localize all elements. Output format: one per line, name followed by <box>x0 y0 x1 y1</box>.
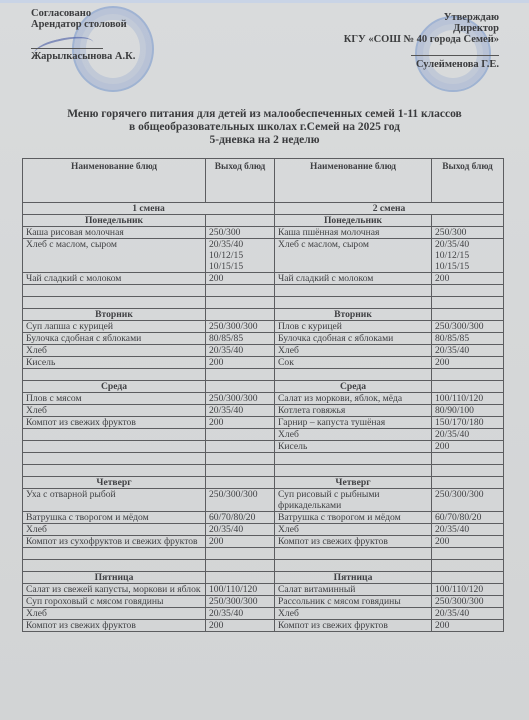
portion-shift-2: 80/90/100 <box>432 405 504 417</box>
dish-name-shift-1: Суп лапша с курицей <box>23 321 206 333</box>
table-row: Хлеб20/35/40Котлета говяжья80/90/100 <box>23 405 504 417</box>
header-dish-name-1: Наименование блюд <box>23 159 206 203</box>
table-row: Салат из свежей капусты, моркови и яблок… <box>23 584 504 596</box>
approval-left-name: Жарылкасынова А.К. <box>31 51 135 62</box>
portion-shift-1: 200 <box>206 620 275 632</box>
empty-cell <box>432 297 504 309</box>
empty-cell <box>23 369 206 381</box>
dish-name-shift-2: Хлеб <box>275 524 432 536</box>
dish-name-shift-1: Булочка сдобная с яблоками <box>23 333 206 345</box>
portion-shift-1: 20/35/40 <box>206 608 275 620</box>
empty-cell <box>206 560 275 572</box>
portion-shift-1: 250/300/300 <box>206 321 275 333</box>
dish-name-shift-1 <box>23 441 206 453</box>
empty-cell <box>206 297 275 309</box>
dish-name-shift-1: Салат из свежей капусты, моркови и яблок <box>23 584 206 596</box>
day-name-shift-2: Среда <box>275 381 432 393</box>
empty-cell <box>23 465 206 477</box>
empty-cell <box>206 381 275 393</box>
header-portion-1: Выход блюд <box>206 159 275 203</box>
dish-name-shift-1: Компот из свежих фруктов <box>23 620 206 632</box>
approval-block-left: Согласовано Арендатор столовой Жарылкасы… <box>31 8 135 62</box>
dish-name-shift-2: Салат витаминный <box>275 584 432 596</box>
table-row: Кисель200 <box>23 441 504 453</box>
approval-block-right: Утверждаю Директор КГУ «СОШ № 40 города … <box>344 12 499 70</box>
spacer-row <box>23 297 504 309</box>
dish-name-shift-1: Кисель <box>23 357 206 369</box>
empty-cell <box>275 560 432 572</box>
table-row: Суп лапша с курицей250/300/300Плов с кур… <box>23 321 504 333</box>
dish-name-shift-2: Булочка сдобная с яблоками <box>275 333 432 345</box>
portion-shift-2: 20/35/40 <box>432 345 504 357</box>
dish-name-shift-1: Каша рисовая молочная <box>23 227 206 239</box>
empty-cell <box>206 309 275 321</box>
portion-shift-1: 20/35/40 <box>206 524 275 536</box>
empty-cell <box>275 548 432 560</box>
dish-name-shift-2: Сок <box>275 357 432 369</box>
empty-cell <box>432 465 504 477</box>
day-name-shift-2: Вторник <box>275 309 432 321</box>
empty-cell <box>23 548 206 560</box>
portion-shift-1: 250/300/300 <box>206 489 275 512</box>
dish-name-shift-2: Каша пшённая молочная <box>275 227 432 239</box>
table-row: Хлеб20/35/40Хлеб20/35/40 <box>23 345 504 357</box>
day-name-shift-1: Среда <box>23 381 206 393</box>
shift-row: 1 смена 2 смена <box>23 203 504 215</box>
table-row: Хлеб20/35/40Хлеб20/35/40 <box>23 608 504 620</box>
top-edge <box>0 0 529 3</box>
portion-shift-1: 200 <box>206 536 275 548</box>
title-line-1: Меню горячего питания для детей из малоо… <box>0 108 529 121</box>
table-row: Компот из свежих фруктов200Гарнир – капу… <box>23 417 504 429</box>
table-row: Плов с мясом250/300/300Салат из моркови,… <box>23 393 504 405</box>
approval-left-label: Согласовано <box>31 8 135 19</box>
empty-cell <box>206 572 275 584</box>
portion-shift-2: 20/35/40 <box>432 524 504 536</box>
empty-cell <box>23 560 206 572</box>
empty-cell <box>206 453 275 465</box>
table-row: Хлеб20/35/40 <box>23 429 504 441</box>
dish-name-shift-2: Салат из моркови, яблок, мёда <box>275 393 432 405</box>
shift-1-label: 1 смена <box>23 203 275 215</box>
dish-name-shift-2: Компот из свежих фруктов <box>275 620 432 632</box>
table-row: Компот из сухофруктов и свежих фруктов20… <box>23 536 504 548</box>
empty-cell <box>275 453 432 465</box>
spacer-row <box>23 285 504 297</box>
dish-name-shift-2: Ватрушка с творогом и мёдом <box>275 512 432 524</box>
empty-cell <box>23 453 206 465</box>
document-title: Меню горячего питания для детей из малоо… <box>0 108 529 147</box>
table-row: Уха с отварной рыбой250/300/300Суп рисов… <box>23 489 504 512</box>
day-header-row: ЧетвергЧетверг <box>23 477 504 489</box>
dish-name-shift-1: Чай сладкий с молоком <box>23 273 206 285</box>
portion-shift-2: 200 <box>432 273 504 285</box>
dish-name-shift-1: Плов с мясом <box>23 393 206 405</box>
table-row: Кисель200Сок200 <box>23 357 504 369</box>
dish-name-shift-1 <box>23 429 206 441</box>
empty-cell <box>206 215 275 227</box>
header-dish-name-2: Наименование блюд <box>275 159 432 203</box>
day-name-shift-1: Пятница <box>23 572 206 584</box>
shift-2-label: 2 смена <box>275 203 504 215</box>
day-header-row: ВторникВторник <box>23 309 504 321</box>
dish-name-shift-2: Компот из свежих фруктов <box>275 536 432 548</box>
portion-shift-1: 20/35/40 <box>206 345 275 357</box>
empty-cell <box>23 297 206 309</box>
empty-cell <box>206 548 275 560</box>
empty-cell <box>432 477 504 489</box>
portion-shift-1: 250/300 <box>206 227 275 239</box>
portion-shift-1: 200 <box>206 417 275 429</box>
dish-name-shift-1: Хлеб с маслом, сыром <box>23 239 206 273</box>
empty-cell <box>206 285 275 297</box>
header-portion-2: Выход блюд <box>432 159 504 203</box>
portion-shift-2: 100/110/120 <box>432 584 504 596</box>
dish-name-shift-2: Хлеб <box>275 429 432 441</box>
portion-shift-2: 250/300 <box>432 227 504 239</box>
empty-cell <box>432 453 504 465</box>
portion-shift-2: 200 <box>432 620 504 632</box>
portion-shift-2: 150/170/180 <box>432 417 504 429</box>
empty-cell <box>432 215 504 227</box>
portion-shift-1: 100/110/120 <box>206 584 275 596</box>
table-row: Суп гороховый с мясом говядины250/300/30… <box>23 596 504 608</box>
menu-table: Наименование блюд Выход блюд Наименовани… <box>22 158 504 632</box>
portion-shift-2: 200 <box>432 536 504 548</box>
title-line-3: 5-дневка на 2 неделю <box>0 134 529 147</box>
table-row: Булочка сдобная с яблоками80/85/85Булочк… <box>23 333 504 345</box>
day-header-row: ПонедельникПонедельник <box>23 215 504 227</box>
portion-shift-2: 60/70/80/20 <box>432 512 504 524</box>
day-name-shift-2: Четверг <box>275 477 432 489</box>
empty-cell <box>206 477 275 489</box>
approval-right-label: Утверждаю <box>344 12 499 23</box>
spacer-row <box>23 369 504 381</box>
portion-shift-2: 250/300/300 <box>432 489 504 512</box>
empty-cell <box>432 309 504 321</box>
dish-name-shift-2: Гарнир – капуста тушёная <box>275 417 432 429</box>
dish-name-shift-1: Хлеб <box>23 524 206 536</box>
portion-shift-1 <box>206 441 275 453</box>
day-name-shift-1: Понедельник <box>23 215 206 227</box>
dish-name-shift-2: Хлеб <box>275 345 432 357</box>
day-header-row: ПятницаПятница <box>23 572 504 584</box>
empty-cell <box>432 285 504 297</box>
dish-name-shift-2: Суп рисовый с рыбными фрикадельками <box>275 489 432 512</box>
dish-name-shift-1: Хлеб <box>23 345 206 357</box>
spacer-row <box>23 560 504 572</box>
day-header-row: СредаСреда <box>23 381 504 393</box>
signature-line-right <box>411 55 499 56</box>
portion-shift-2: 100/110/120 <box>432 393 504 405</box>
day-name-shift-1: Четверг <box>23 477 206 489</box>
title-line-2: в общеобразовательных школах г.Семей на … <box>0 121 529 134</box>
spacer-row <box>23 548 504 560</box>
portion-shift-1: 250/300/300 <box>206 393 275 405</box>
empty-cell <box>432 560 504 572</box>
dish-name-shift-1: Суп гороховый с мясом говядины <box>23 596 206 608</box>
portion-shift-2: 20/35/40 <box>432 429 504 441</box>
approval-right-role: Директор <box>344 23 499 34</box>
empty-cell <box>275 297 432 309</box>
portion-shift-1: 20/35/40 <box>206 405 275 417</box>
empty-cell <box>432 381 504 393</box>
empty-cell <box>275 285 432 297</box>
empty-cell <box>275 465 432 477</box>
signature-line-left <box>31 48 103 49</box>
portion-shift-2: 20/35/40 <box>432 608 504 620</box>
day-name-shift-2: Понедельник <box>275 215 432 227</box>
approval-left-role: Арендатор столовой <box>31 19 135 30</box>
dish-name-shift-2: Хлеб <box>275 608 432 620</box>
dish-name-shift-2: Рассольник с мясом говядины <box>275 596 432 608</box>
approval-right-name: Сулейменова Г.Е. <box>344 59 499 70</box>
dish-name-shift-1: Ватрушка с творогом и мёдом <box>23 512 206 524</box>
portion-shift-1: 200 <box>206 273 275 285</box>
dish-name-shift-1: Хлеб <box>23 608 206 620</box>
portion-shift-2: 80/85/85 <box>432 333 504 345</box>
menu-table-body: 1 смена 2 смена ПонедельникПонедельникКа… <box>23 203 504 632</box>
portion-shift-2: 250/300/300 <box>432 321 504 333</box>
portion-shift-1: 20/35/40 10/12/15 10/15/15 <box>206 239 275 273</box>
portion-shift-1: 200 <box>206 357 275 369</box>
table-row: Компот из свежих фруктов200Компот из све… <box>23 620 504 632</box>
dish-name-shift-2: Кисель <box>275 441 432 453</box>
dish-name-shift-2: Плов с курицей <box>275 321 432 333</box>
empty-cell <box>432 369 504 381</box>
empty-cell <box>432 548 504 560</box>
dish-name-shift-2: Чай сладкий с молоком <box>275 273 432 285</box>
table-row: Ватрушка с творогом и мёдом60/70/80/20Ва… <box>23 512 504 524</box>
portion-shift-1 <box>206 429 275 441</box>
empty-cell <box>206 465 275 477</box>
table-row: Чай сладкий с молоком200Чай сладкий с мо… <box>23 273 504 285</box>
portion-shift-2: 200 <box>432 357 504 369</box>
dish-name-shift-2: Хлеб с маслом, сыром <box>275 239 432 273</box>
table-row: Хлеб20/35/40Хлеб20/35/40 <box>23 524 504 536</box>
table-row: Каша рисовая молочная250/300Каша пшённая… <box>23 227 504 239</box>
dish-name-shift-1: Компот из свежих фруктов <box>23 417 206 429</box>
day-name-shift-1: Вторник <box>23 309 206 321</box>
empty-cell <box>432 572 504 584</box>
dish-name-shift-2: Котлета говяжья <box>275 405 432 417</box>
spacer-row <box>23 453 504 465</box>
portion-shift-1: 60/70/80/20 <box>206 512 275 524</box>
empty-cell <box>275 369 432 381</box>
dish-name-shift-1: Хлеб <box>23 405 206 417</box>
portion-shift-2: 250/300/300 <box>432 596 504 608</box>
dish-name-shift-1: Компот из сухофруктов и свежих фруктов <box>23 536 206 548</box>
table-row: Хлеб с маслом, сыром20/35/40 10/12/15 10… <box>23 239 504 273</box>
empty-cell <box>206 369 275 381</box>
portion-shift-2: 200 <box>432 441 504 453</box>
approval-right-org: КГУ «СОШ № 40 города Семей» <box>344 34 499 45</box>
portion-shift-2: 20/35/40 10/12/15 10/15/15 <box>432 239 504 273</box>
dish-name-shift-1: Уха с отварной рыбой <box>23 489 206 512</box>
spacer-row <box>23 465 504 477</box>
table-header-row: Наименование блюд Выход блюд Наименовани… <box>23 159 504 203</box>
empty-cell <box>23 285 206 297</box>
portion-shift-1: 80/85/85 <box>206 333 275 345</box>
day-name-shift-2: Пятница <box>275 572 432 584</box>
portion-shift-1: 250/300/300 <box>206 596 275 608</box>
